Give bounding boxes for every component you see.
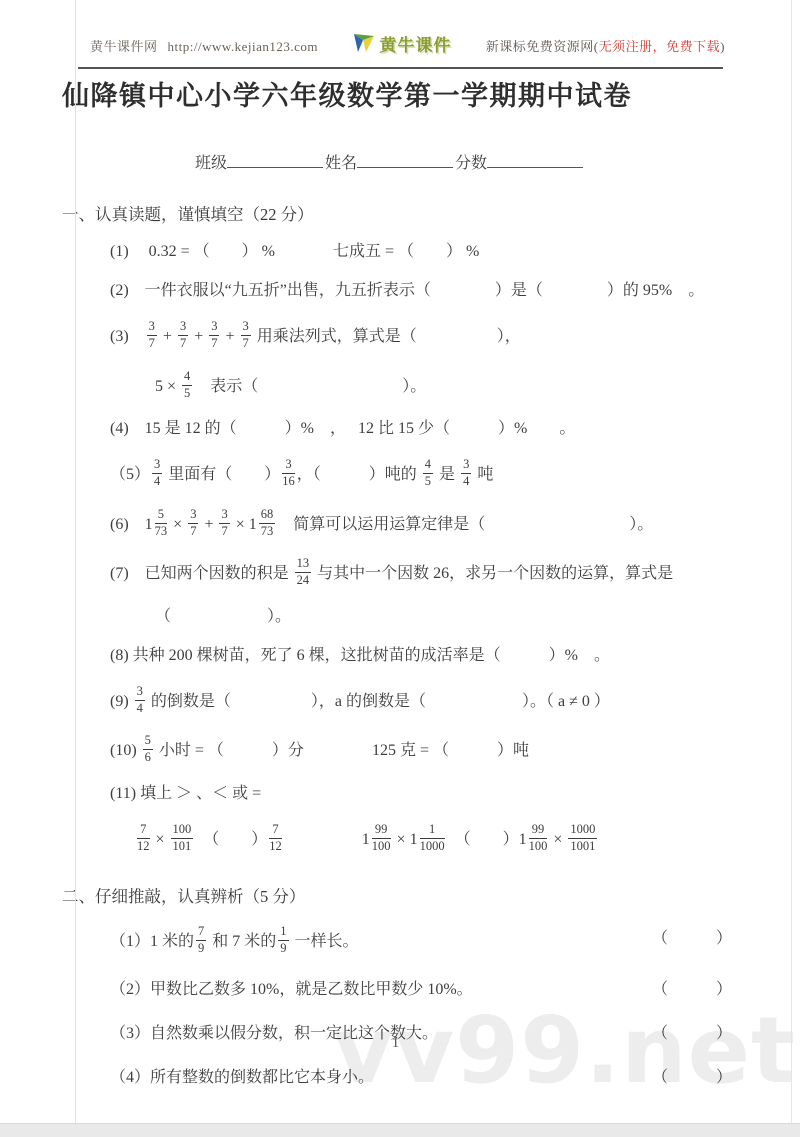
text-segment: × — [169, 516, 186, 533]
text-segment: + — [159, 328, 176, 345]
question-line: 712 × 100101 （ ）712199100 × 111000 （ ）19… — [135, 825, 800, 856]
judgement-item: （3）自然数乘以假分数，积一定比这个数大。（ ） — [110, 1022, 800, 1046]
fraction: 37 — [241, 320, 251, 351]
text-segment: (11) 填上 ＞ 、＜ 或 = — [110, 785, 261, 802]
text-segment: (9) — [110, 693, 133, 710]
fraction: 99100 — [529, 823, 548, 854]
logo-text: 黄牛课件 — [379, 31, 451, 56]
text-segment: (4) 15 是 12 的（ ）% ， 12 比 15 少（ ）% 。 — [110, 420, 575, 437]
mixed-number: 111000 — [410, 825, 447, 856]
mixed-number: 199100 — [362, 825, 393, 856]
text-segment: （2）甲数比乙数多 10%，就是乙数比甲数少 10%。 — [110, 981, 473, 998]
question-line: (6) 1573 × 37 + 37 × 16873 简算可以运用运算定律是（ … — [110, 510, 800, 541]
text-segment: (6) — [110, 516, 145, 533]
text-segment: 125 克 = （ ）吨 — [372, 742, 529, 759]
fraction: 37 — [209, 320, 219, 351]
text-segment: （5） — [110, 466, 150, 483]
mixed-number: 1573 — [145, 510, 170, 541]
text-segment: × — [549, 831, 566, 848]
answer-brackets: （ ） — [652, 1066, 732, 1090]
text-segment: (3) — [110, 328, 145, 345]
question-line: （5）34 里面有（ ）316，（ ）吨的 45 是 34 吨 — [110, 460, 800, 491]
text-segment: （1）1 米的 — [110, 933, 194, 950]
judgement-text: （4）所有整数的倒数都比它本身小。 — [110, 1066, 652, 1090]
text-segment: + — [221, 328, 238, 345]
fraction: 100101 — [171, 823, 194, 854]
text-segment: × — [232, 516, 249, 533]
text-segment: + — [200, 516, 217, 533]
fraction: 1324 — [295, 557, 312, 588]
fraction: 11000 — [420, 823, 445, 854]
section2-questions: （1）1 米的79 和 7 米的19 一样长。（ ）（2）甲数比乙数多 10%，… — [62, 927, 800, 1090]
text-segment: 的倒数是（ ），a 的倒数是（ ）。（ a ≠ 0 ） — [147, 693, 610, 710]
name-blank — [357, 153, 453, 168]
text-segment: 5 × — [155, 378, 180, 395]
page-right-edge — [791, 0, 792, 1124]
page-title: 仙降镇中心小学六年级数学第一学期期中试卷 — [62, 80, 800, 112]
answer-brackets: （ ） — [652, 1022, 732, 1046]
question-line: (2) 一件衣服以“九五折”出售，九五折表示（ ）是（ ）的 95% 。 — [110, 279, 800, 303]
text-segment: 里面有（ ） — [164, 466, 280, 483]
judgement-text: （2）甲数比乙数多 10%，就是乙数比甲数少 10%。 — [110, 978, 652, 1002]
text-segment: (8) 共种 200 棵树苗，死了 6 棵，这批树苗的成活率是（ ）% 。 — [110, 647, 610, 664]
fraction: 6873 — [259, 508, 276, 539]
fraction: 34 — [152, 458, 162, 489]
text-segment: × — [152, 831, 169, 848]
fraction: 712 — [137, 823, 150, 854]
text-segment: 是 — [435, 466, 459, 483]
fraction: 19 — [278, 925, 288, 956]
text-segment: 小时 = （ ）分 — [155, 742, 304, 759]
text-segment: （ ） — [195, 831, 267, 848]
fraction: 37 — [178, 320, 188, 351]
text-segment: × — [393, 831, 410, 848]
mixed-number: 16873 — [249, 510, 278, 541]
fraction: 56 — [143, 734, 153, 765]
text-segment: 吨 — [473, 466, 493, 483]
tagline-prefix: 新课标免费资源网( — [486, 39, 599, 54]
tagline-suffix: ) — [720, 39, 725, 54]
text-segment: 用乘法列式，算式是（ ）， — [253, 328, 521, 345]
tagline-highlight: 无须注册，免费下载 — [599, 39, 721, 54]
fraction: 99100 — [372, 823, 391, 854]
name-label: 姓名 — [325, 155, 357, 172]
question-line: (3) 37 + 37 + 37 + 37 用乘法列式，算式是（ ）， — [110, 322, 800, 353]
fraction: 37 — [219, 508, 229, 539]
answer-brackets: （ ） — [652, 978, 732, 1002]
text-segment: 一样长。 — [291, 933, 359, 950]
question-line: (10) 56 小时 = （ ）分125 克 = （ ）吨 — [110, 736, 800, 767]
spacer — [284, 843, 362, 844]
page-bottom-edge — [0, 1123, 800, 1137]
fraction: 10001001 — [568, 823, 597, 854]
question-line: (8) 共种 200 棵树苗，死了 6 棵，这批树苗的成活率是（ ）% 。 — [110, 644, 800, 668]
question-line: (11) 填上 ＞ 、＜ 或 = — [110, 782, 800, 806]
logo-icon — [352, 32, 376, 54]
score-field: 分数 — [455, 155, 583, 172]
mixed-number: 199100 — [519, 825, 550, 856]
judgement-item: （2）甲数比乙数多 10%，就是乙数比甲数少 10%。（ ） — [110, 978, 800, 1002]
text-segment: 简算可以运用运算定律是（ ）。 — [277, 516, 653, 533]
judgement-item: （1）1 米的79 和 7 米的19 一样长。（ ） — [110, 927, 800, 958]
question-line: (4) 15 是 12 的（ ）% ， 12 比 15 少（ ）% 。 — [110, 417, 800, 441]
score-blank — [487, 153, 583, 168]
student-info-row: 班级姓名分数 — [195, 150, 800, 173]
fraction: 573 — [155, 508, 168, 539]
judgement-text: （3）自然数乘以假分数，积一定比这个数大。 — [110, 1022, 652, 1046]
fraction: 316 — [282, 458, 295, 489]
section1-heading: 一、认真读题，谨慎填空（22 分） — [62, 201, 800, 225]
site-url[interactable]: http://www.kejian123.com — [168, 39, 319, 54]
fraction: 34 — [135, 685, 145, 716]
question-line: (1) 0.32 = （ ） %七成五 = （ ） % — [110, 240, 800, 264]
fraction: 45 — [182, 370, 192, 401]
fraction: 712 — [269, 823, 282, 854]
fraction: 45 — [423, 458, 433, 489]
text-segment: 七成五 = （ ） % — [333, 243, 479, 260]
judgement-text: （1）1 米的79 和 7 米的19 一样长。 — [110, 927, 652, 958]
header-tagline: 新课标免费资源网(无须注册，免费下载) — [486, 36, 725, 55]
document-page: vv99.net 黄牛课件网http://www.kejian123.com 黄… — [0, 0, 800, 1137]
class-blank — [227, 153, 323, 168]
page-left-edge — [75, 0, 76, 1124]
class-label: 班级 — [195, 155, 227, 172]
text-segment: （3）自然数乘以假分数，积一定比这个数大。 — [110, 1025, 438, 1042]
spacer — [304, 754, 372, 755]
section1-questions: (1) 0.32 = （ ） %七成五 = （ ） %(2) 一件衣服以“九五折… — [62, 240, 800, 855]
question-line: (7) 已知两个因数的积是 1324 与其中一个因数 26，求另一个因数的运算，… — [110, 559, 800, 590]
fraction: 79 — [196, 925, 206, 956]
text-segment: (10) — [110, 742, 141, 759]
fraction: 37 — [147, 320, 157, 351]
fraction: 34 — [461, 458, 471, 489]
text-segment: (7) 已知两个因数的积是 — [110, 565, 293, 582]
text-segment: 表示（ ）。 — [194, 378, 426, 395]
logo: 黄牛课件 — [352, 31, 451, 56]
question-line: (9) 34 的倒数是（ ），a 的倒数是（ ）。（ a ≠ 0 ） — [110, 687, 800, 718]
text-segment: 与其中一个因数 26，求另一个因数的运算，算式是 — [313, 565, 673, 582]
site-name: 黄牛课件网 — [90, 39, 158, 54]
question-line: 5 × 45 表示（ ）。 — [155, 372, 800, 403]
question-line: （ ）。 — [155, 605, 800, 629]
judgement-item: （4）所有整数的倒数都比它本身小。（ ） — [110, 1066, 800, 1090]
fraction: 37 — [188, 508, 198, 539]
page-header: 黄牛课件网http://www.kejian123.com 黄牛课件 新课标免费… — [90, 30, 725, 60]
class-field: 班级 — [195, 155, 323, 172]
name-field: 姓名 — [325, 155, 453, 172]
site-name-url: 黄牛课件网http://www.kejian123.com — [90, 36, 318, 55]
text-segment: （ ） — [447, 831, 519, 848]
text-segment: （ ）。 — [155, 608, 291, 625]
score-label: 分数 — [455, 155, 487, 172]
text-segment: + — [190, 328, 207, 345]
text-segment: ，（ ）吨的 — [297, 466, 421, 483]
section2-heading: 二、仔细推敲，认真辨析（5 分） — [62, 883, 800, 907]
header-divider — [78, 67, 723, 69]
spacer — [275, 255, 333, 256]
page-number: 1 — [392, 1036, 399, 1052]
text-segment: (2) 一件衣服以“九五折”出售，九五折表示（ ）是（ ）的 95% 。 — [110, 282, 704, 299]
text-segment: 和 7 米的 — [208, 933, 276, 950]
text-segment: （4）所有整数的倒数都比它本身小。 — [110, 1069, 374, 1086]
text-segment: (1) 0.32 = （ ） % — [110, 243, 275, 260]
answer-brackets: （ ） — [652, 927, 732, 958]
